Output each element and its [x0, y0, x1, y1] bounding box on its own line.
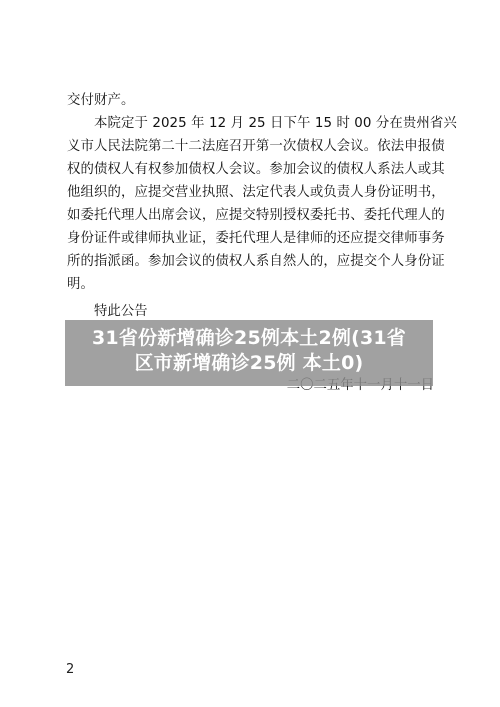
text-line: 交付财产。	[67, 89, 439, 112]
text-line: 明。	[67, 273, 439, 296]
text-line: 身份证件或律师执业证，委托代理人是律师的还应提交律师事务	[67, 227, 439, 250]
headline-line-2: 区市新增确诊25例 本土0)	[65, 351, 433, 376]
text-line: 义市人民法院第二十二法庭召开第一次债权人会议。依法申报债	[67, 135, 439, 158]
text-line: 他组织的，应提交营业执照、法定代表人或负责人身份证明书，	[67, 181, 439, 204]
sign-off-text: 特此公告	[94, 303, 148, 321]
text-line: 如委托代理人出席会议，应提交特别授权委托书、委托代理人的	[67, 204, 439, 227]
text-line: 权的债权人有权参加债权人会议。参加会议的债权人系法人或其	[67, 158, 439, 181]
headline-overlay-banner: 31省份新增确诊25例本土2例(31省 区市新增确诊25例 本土0)	[65, 320, 433, 386]
text-line: 所的指派函。参加会议的债权人系自然人的，应提交个人身份证	[67, 250, 439, 273]
page-number: 2	[66, 662, 74, 677]
headline-line-1: 31省份新增确诊25例本土2例(31省	[65, 326, 433, 351]
document-page: 交付财产。 本院定于 2025 年 12 月 25 日下午 15 时 00 分在…	[0, 0, 500, 707]
body-paragraphs: 交付财产。 本院定于 2025 年 12 月 25 日下午 15 时 00 分在…	[67, 89, 439, 296]
text-line: 本院定于 2025 年 12 月 25 日下午 15 时 00 分在贵州省兴	[67, 112, 439, 135]
